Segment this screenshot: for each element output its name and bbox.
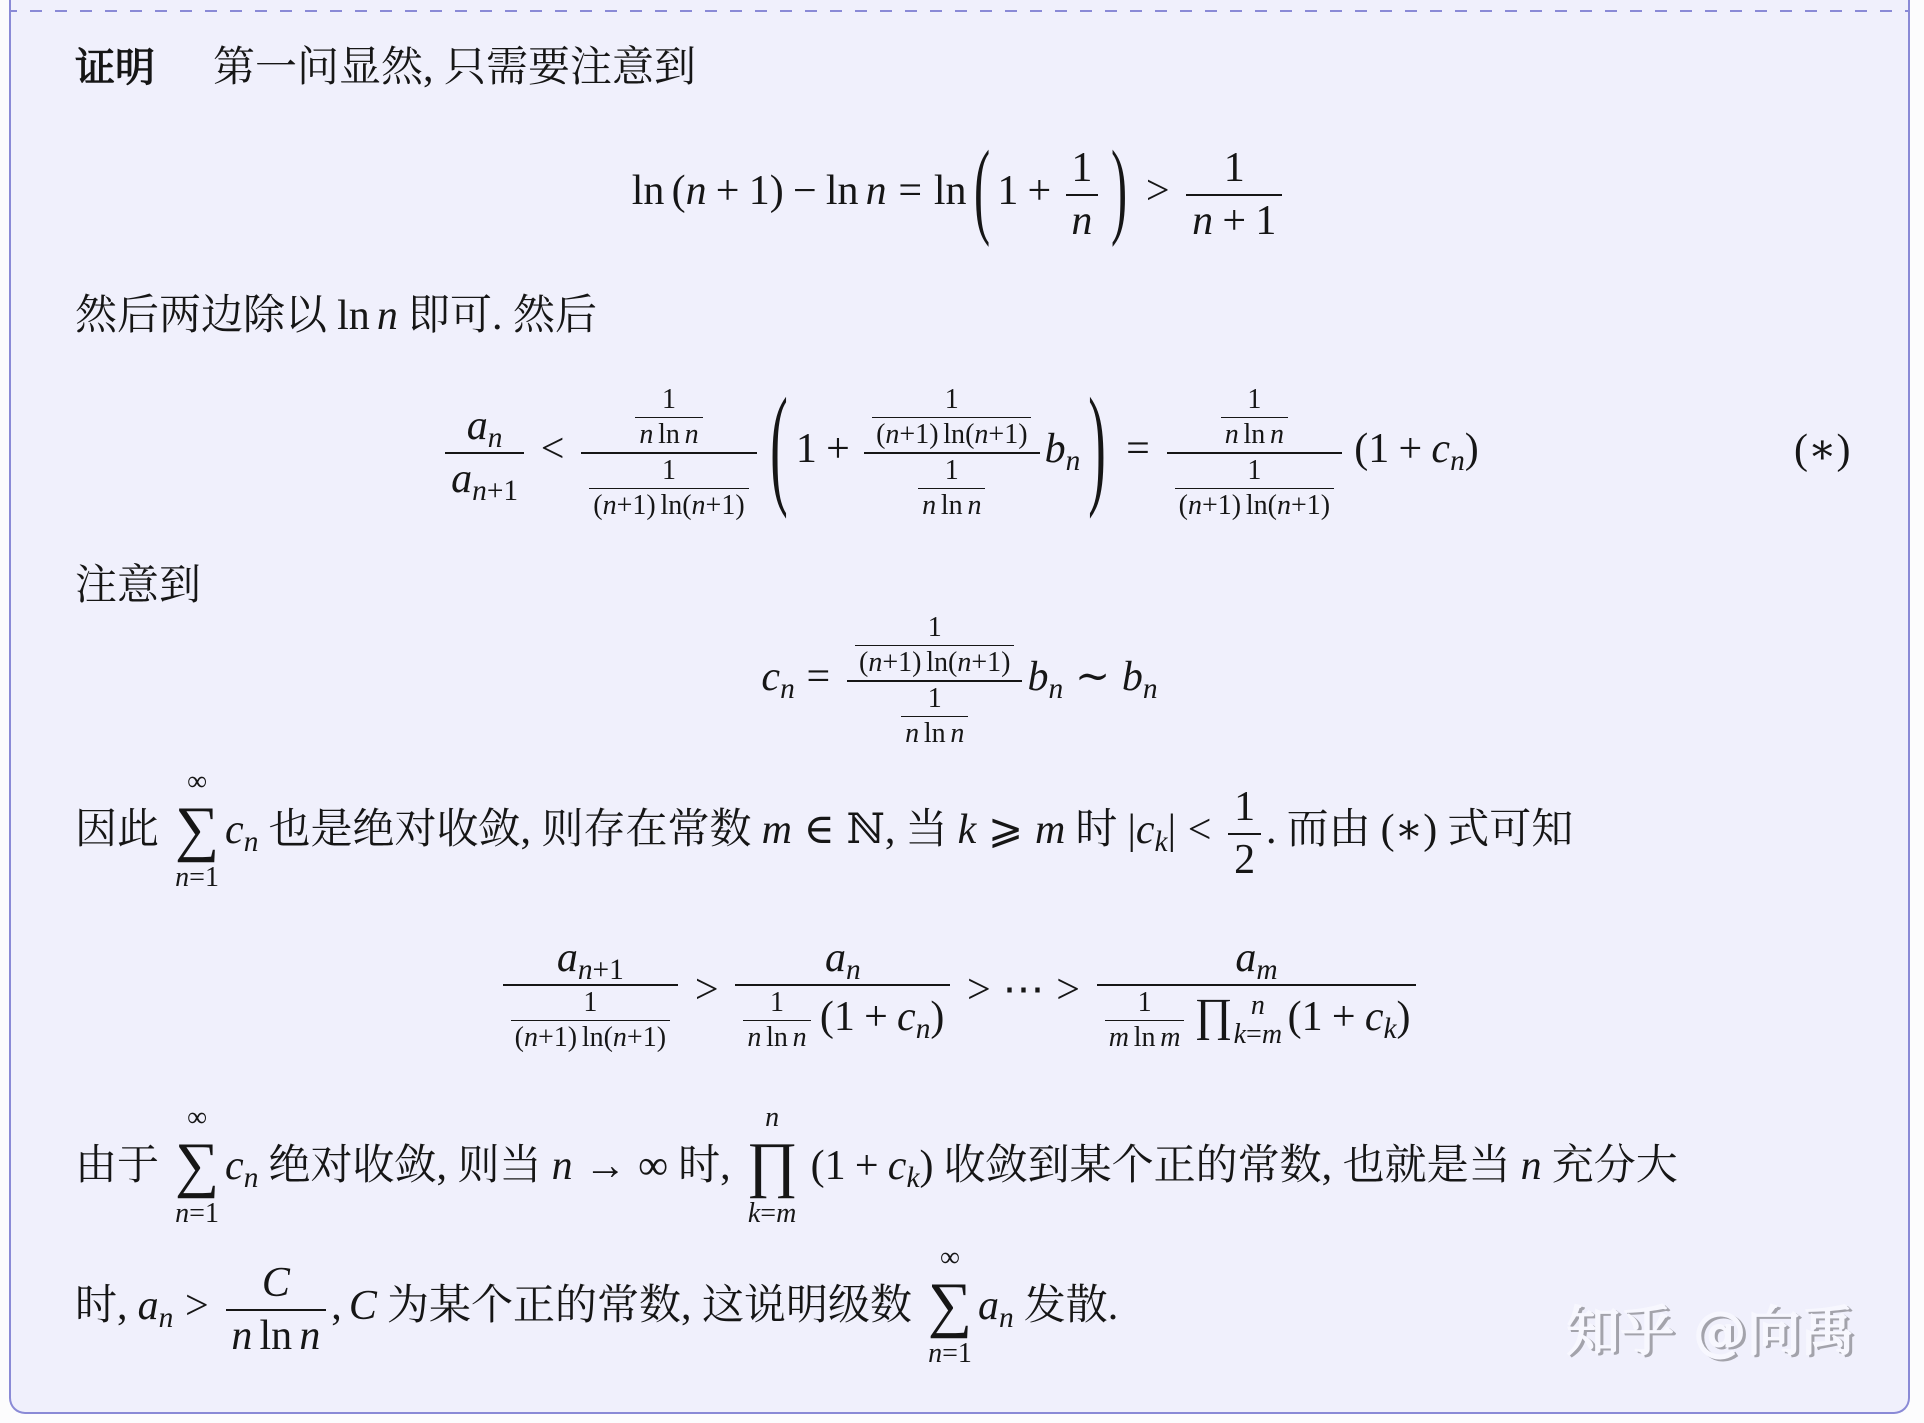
upper-limit: n xyxy=(1234,991,1282,1020)
compound-fraction: 1(n+1)ln(n+1)1nlnn xyxy=(864,384,1039,523)
var-n: n xyxy=(765,1102,779,1133)
proof-line-1-row: 证明 第一问显然, 只需要注意到 xyxy=(75,42,696,95)
compound-fraction: 1nlnn1(n+1)ln(n+1) xyxy=(1167,384,1342,523)
digit-one: 1 xyxy=(898,647,912,678)
summation-sign: ∑ xyxy=(928,1273,972,1338)
arrow-right-icon: → xyxy=(584,1140,626,1193)
plus-sign: + xyxy=(826,423,850,476)
var-n: n xyxy=(159,1302,174,1334)
var-c: c xyxy=(1431,426,1450,472)
abs-c-sub-k: |ck| xyxy=(1127,804,1176,857)
digit-one: 1 xyxy=(928,683,942,714)
equals-sign: = xyxy=(1246,1019,1262,1050)
numerator: 1 xyxy=(1221,384,1288,417)
var-n: n xyxy=(846,954,861,986)
numerator: an+1 xyxy=(503,934,678,984)
infinity-symbol: ∞ xyxy=(187,1102,207,1133)
var-n: n xyxy=(1048,673,1063,705)
c-sub-n: cn xyxy=(225,804,258,857)
one-plus-cn: (1+cn) xyxy=(820,994,945,1040)
sum-operator: ∞∑n=1 xyxy=(175,767,219,894)
denominator: 1mlnm∏nk=m(1+ck) xyxy=(1097,984,1417,1054)
subscript: k xyxy=(906,1162,919,1194)
left-paren: ( xyxy=(948,647,957,678)
one-plus-cn: (1+cn) xyxy=(1354,423,1479,476)
subscript: n xyxy=(244,826,259,858)
var-n: n xyxy=(905,718,919,749)
numerator: 1 xyxy=(1186,144,1282,194)
var-n: n xyxy=(603,490,617,521)
lower-limit: k=m xyxy=(1234,1020,1282,1049)
b-sub-n: bn xyxy=(1027,651,1063,704)
denominator: nlnn xyxy=(226,1309,327,1361)
c-sub-n: cn xyxy=(761,651,794,704)
a-sub-n: an xyxy=(467,403,503,449)
right-paren: ) xyxy=(930,994,944,1040)
fraction-1-over-n-ln-n: 1nlnn xyxy=(1221,384,1288,451)
digit-one: 1 xyxy=(825,1143,846,1189)
digit-one: 1 xyxy=(1224,145,1245,191)
similar-sign: ∼ xyxy=(1075,651,1110,704)
text-segment: 第一问显然, 只需要注意到 xyxy=(213,42,696,95)
lower-limit: n=1 xyxy=(175,1199,219,1230)
denominator: n xyxy=(1066,194,1099,246)
compound-fraction: 1(n+1)ln(n+1)1nlnn xyxy=(847,612,1022,751)
numerator: an xyxy=(735,934,950,984)
text-segment: 收敛到某个正的常数, 也就是当 xyxy=(944,1140,1511,1193)
var-n: n xyxy=(1450,445,1465,477)
left-paren: ( xyxy=(811,1143,825,1189)
numerator: 1nlnn xyxy=(1167,384,1342,452)
digit-one: 1 xyxy=(1138,987,1152,1018)
var-k: k xyxy=(906,1162,919,1194)
var-b: b xyxy=(1045,426,1066,472)
plus-sign: + xyxy=(593,954,610,986)
var-k: k xyxy=(748,1198,760,1229)
plus-sign: + xyxy=(1291,490,1307,521)
digit-one: 1 xyxy=(554,1022,568,1053)
var-m: m xyxy=(1262,1019,1282,1050)
proof-line-6-row: 时, an > Cnlnn , C 为某个正的常数, 这说明级数 ∞∑n=1 a… xyxy=(75,1243,1118,1370)
proof-line-4-row: 因此 ∞∑n=1 cn 也是绝对收敛, 则存在常数 m ∈ ℕ , 当 k ⩾ … xyxy=(75,767,1573,894)
formula-4: an+11(n+1)ln(n+1) > an1nlnn(1+cn) > ⋯ > … xyxy=(11,910,1908,1070)
a-sub-n: an xyxy=(978,1280,1014,1333)
subscript: n xyxy=(1066,445,1081,477)
left-paren: ( xyxy=(1288,994,1302,1040)
denominator: 1nlnn(1+cn) xyxy=(735,984,950,1054)
denominator: 1nlnn xyxy=(847,680,1022,750)
digit-one: 1 xyxy=(1307,490,1321,521)
a-sub-n-plus-1: an+1 xyxy=(451,456,518,502)
fraction-1-over-n-ln-n: 1nlnn xyxy=(918,455,985,522)
comma: , xyxy=(885,804,896,857)
right-paren: ) xyxy=(1232,490,1241,521)
subscript: n xyxy=(846,954,861,986)
var-n: n xyxy=(868,647,882,678)
digit-two: 2 xyxy=(1234,837,1255,883)
fraction-1-over-n1-ln-n1: 1(n+1)ln(n+1) xyxy=(1175,455,1334,522)
upper-limit: ∞ xyxy=(187,767,207,798)
var-m: m xyxy=(762,804,792,857)
text-segment: 式可知 xyxy=(1447,804,1573,857)
text-segment: 当 xyxy=(905,804,947,857)
left-paren: ( xyxy=(593,490,602,521)
denominator: an+1 xyxy=(445,452,524,504)
var-C: C xyxy=(349,1280,377,1333)
numerator: 1 xyxy=(1066,144,1099,194)
abs-bar: | xyxy=(1168,807,1176,853)
one-plus-ck: (1+ck) xyxy=(811,1140,934,1193)
fraction-am-over-product: am1mlnm∏nk=m(1+ck) xyxy=(1097,934,1417,1054)
var-k: k xyxy=(1155,826,1168,858)
var-n: n xyxy=(780,673,795,705)
proof-line-6: 时, an > Cnlnn , C 为某个正的常数, 这说明级数 ∞∑n=1 a… xyxy=(75,1226,1118,1386)
subscript: n xyxy=(488,423,503,455)
var-b: b xyxy=(1122,654,1143,700)
numerator: 1 xyxy=(872,384,1031,417)
b-sub-n: bn xyxy=(1045,423,1081,476)
numerator: 1 xyxy=(743,987,810,1020)
formula-1: ln ( n + 1 ) − ln n = ln ( 1 + 1n ) > 1n… xyxy=(11,111,1908,271)
subscript: m xyxy=(1256,954,1277,986)
plus-sign: + xyxy=(855,1143,879,1189)
sum-operator: ∞∑n=1 xyxy=(175,1103,219,1230)
ln-operator: ln xyxy=(941,490,963,521)
subscript: n xyxy=(999,1302,1014,1334)
a-sub-n-plus-1: an+1 xyxy=(557,935,624,981)
var-n: n xyxy=(1277,490,1291,521)
right-paren: ) xyxy=(646,490,655,521)
var-n: n xyxy=(916,1013,931,1045)
right-paren: ) xyxy=(1018,419,1027,450)
var-c: c xyxy=(888,1143,907,1189)
page: 证明 第一问显然, 只需要注意到 ln ( n + 1 ) − ln n = l… xyxy=(0,0,1924,1423)
digit-one: 1 xyxy=(643,1022,657,1053)
var-n: n xyxy=(922,490,936,521)
text-segment: 绝对收敛, 则当 xyxy=(268,1140,541,1193)
plus-sign: + xyxy=(706,490,722,521)
c-sub-k: ck xyxy=(888,1143,920,1189)
proof-line-5: 由于 ∞∑n=1 cn 绝对收敛, 则当 n → ∞ 时, n∏k=m (1+c… xyxy=(75,1086,1678,1246)
var-n: n xyxy=(967,490,981,521)
plus-sign: + xyxy=(1332,994,1356,1040)
denominator: nlnn xyxy=(743,1020,810,1054)
ln-operator: ln xyxy=(934,165,967,218)
equals-sign: = xyxy=(898,165,922,218)
digit-one: 1 xyxy=(1071,145,1092,191)
proof-line-2-row: 然后两边除以 ln n 即可. 然后 xyxy=(75,290,597,343)
digit-one: 1 xyxy=(1302,994,1323,1040)
left-paren: ( xyxy=(1179,490,1188,521)
var-n: n xyxy=(1225,419,1239,450)
left-paren: ( xyxy=(1354,426,1368,472)
digit-one: 1 xyxy=(945,384,959,415)
var-n: n xyxy=(885,419,899,450)
var-n: n xyxy=(1521,1140,1542,1193)
var-n: n xyxy=(299,1313,320,1359)
a-sub-n: an xyxy=(138,1280,174,1333)
var-n: n xyxy=(231,1313,252,1359)
fraction-1-over-n1-ln-n1: 1(n+1)ln(n+1) xyxy=(511,987,670,1054)
digit-one: 1 xyxy=(770,987,784,1018)
right-paren: ) xyxy=(1321,490,1330,521)
ln-operator: ln xyxy=(924,718,946,749)
ln-operator: ln xyxy=(1134,1022,1156,1053)
var-n: n xyxy=(692,490,706,521)
var-n: n xyxy=(999,1302,1014,1334)
var-m: m xyxy=(776,1198,796,1229)
ln-operator: ln xyxy=(766,1022,788,1053)
text-segment: 而由 xyxy=(1287,804,1371,857)
ln-operator: ln xyxy=(337,290,370,343)
left-paren: ( xyxy=(820,994,834,1040)
ln-operator: ln xyxy=(658,419,680,450)
var-n: n xyxy=(472,475,487,507)
product-sign: ∏ xyxy=(747,1133,798,1198)
digit-one: 1 xyxy=(205,1198,219,1229)
plus-sign: + xyxy=(716,165,740,218)
comma: , xyxy=(331,1280,342,1333)
var-m: m xyxy=(1160,1022,1180,1053)
var-k: k xyxy=(1234,1019,1246,1050)
fraction-one-half: 12 xyxy=(1228,783,1261,884)
denominator: (n+1)ln(n+1) xyxy=(1175,488,1334,522)
infinity-symbol: ∞ xyxy=(187,766,207,797)
greater-than-sign: > xyxy=(1056,964,1080,1017)
text-segment: 为某个正的常数, 这说明级数 xyxy=(387,1280,912,1333)
digit-one: 1 xyxy=(1255,198,1276,244)
fraction-1-over-n-ln-n: 1nlnn xyxy=(901,683,968,750)
var-n: n xyxy=(524,1022,538,1053)
c-sub-n: cn xyxy=(1431,426,1464,472)
left-paren: ( xyxy=(604,1022,613,1053)
left-paren: ( xyxy=(682,490,691,521)
var-n: n xyxy=(244,826,259,858)
numerator: 1 xyxy=(1175,455,1334,488)
ln-operator: ln xyxy=(1243,419,1265,450)
var-n: n xyxy=(578,954,593,986)
numerator: 1 xyxy=(635,384,702,417)
right-paren: ) xyxy=(912,647,921,678)
denominator: 2 xyxy=(1228,833,1261,885)
greater-than-sign: > xyxy=(967,964,991,1017)
formula-2-row: anan+1 < 1nlnn1(n+1)ln(n+1) ( 1 + 1(n+1)… xyxy=(440,376,1479,523)
digit-one: 1 xyxy=(1218,490,1232,521)
formula-2: anan+1 < 1nlnn1(n+1)ln(n+1) ( 1 + 1(n+1)… xyxy=(11,359,1908,539)
var-n: n xyxy=(1192,198,1213,244)
var-a: a xyxy=(825,935,846,981)
plus-sign: + xyxy=(538,1022,554,1053)
var-n: n xyxy=(1270,419,1284,450)
fraction-1-over-n1-ln-n1: 1(n+1)ln(n+1) xyxy=(855,612,1014,679)
plus-sign: + xyxy=(1202,490,1218,521)
digit-one: 1 xyxy=(1004,419,1018,450)
plus-sign: + xyxy=(1028,165,1052,218)
ln-operator: ln xyxy=(632,165,665,218)
plus-sign: + xyxy=(627,1022,643,1053)
var-c: c xyxy=(1365,994,1384,1040)
fraction-1-over-n-ln-n: 1nlnn xyxy=(635,384,702,451)
digit-one: 1 xyxy=(1247,384,1261,415)
digit-one: 1 xyxy=(1368,426,1389,472)
text-segment: 时, xyxy=(75,1280,128,1333)
digit-one: 1 xyxy=(958,1338,972,1369)
fraction-1-over-n1-ln-n1: 1(n+1)ln(n+1) xyxy=(872,384,1031,451)
plus-sign: + xyxy=(899,419,915,450)
denominator: (n+1)ln(n+1) xyxy=(589,488,748,522)
right-paren: ) xyxy=(770,165,784,218)
digit-one: 1 xyxy=(1234,784,1255,830)
proof-label: 证明 xyxy=(75,43,155,93)
denominator: 1(n+1)ln(n+1) xyxy=(503,984,678,1054)
numerator: 1 xyxy=(901,683,968,716)
lower-limit: n=1 xyxy=(928,1339,972,1370)
var-n: n xyxy=(244,1162,259,1194)
abs-bar: | xyxy=(1127,807,1135,853)
ln-operator: ln xyxy=(260,1313,293,1359)
formula-3: cn = 1(n+1)ln(n+1)1nlnn bn ∼ bn xyxy=(11,597,1908,757)
ln-operator: ln xyxy=(826,165,859,218)
left-paren: ( xyxy=(859,647,868,678)
numerator: 1 xyxy=(511,987,670,1020)
text-segment: 时, xyxy=(678,1140,731,1193)
var-c: c xyxy=(897,994,916,1040)
var-a: a xyxy=(467,403,488,449)
less-than-sign: < xyxy=(1188,804,1212,857)
denominator: 1(n+1)ln(n+1) xyxy=(581,452,756,522)
denominator: nlnn xyxy=(901,716,968,750)
equation-tag-star: (∗) xyxy=(1794,419,1851,479)
big-right-paren: ) xyxy=(1111,124,1127,258)
plus-sign: + xyxy=(1222,198,1246,244)
fraction-1-over-n-plus-1: 1n+1 xyxy=(1186,144,1282,245)
numerator: 1(n+1)ln(n+1) xyxy=(847,612,1022,680)
text-segment: 即可. 然后 xyxy=(408,290,597,343)
big-left-paren: ( xyxy=(770,365,788,533)
var-n: n xyxy=(639,419,653,450)
one-plus-ck: (1+ck) xyxy=(1288,994,1411,1040)
var-m: m xyxy=(1109,1022,1129,1053)
digit-one: 1 xyxy=(662,384,676,415)
text-segment: 然后两边除以 xyxy=(75,290,327,343)
var-m: m xyxy=(1035,804,1065,857)
compound-fraction: 1nlnn1(n+1)ln(n+1) xyxy=(581,384,756,523)
var-c: c xyxy=(1136,807,1155,853)
c-sub-n: cn xyxy=(225,1140,258,1193)
a-sub-n: an xyxy=(825,935,861,981)
denominator: (n+1)ln(n+1) xyxy=(872,417,1031,451)
summation-sign: ∑ xyxy=(175,1133,219,1198)
subscript: k xyxy=(1155,826,1168,858)
equals-sign: = xyxy=(189,1198,205,1229)
var-n: n xyxy=(1071,198,1092,244)
var-a: a xyxy=(557,935,578,981)
var-n: n xyxy=(957,647,971,678)
subscript: n xyxy=(1048,673,1063,705)
ln-operator: ln xyxy=(926,647,948,678)
right-paren: ) xyxy=(568,1022,577,1053)
formula-3-row: cn = 1(n+1)ln(n+1)1nlnn bn ∼ bn xyxy=(761,604,1157,751)
var-n: n xyxy=(793,1022,807,1053)
geq-sign: ⩾ xyxy=(988,804,1023,857)
var-n: n xyxy=(1188,490,1202,521)
right-paren: ) xyxy=(735,490,744,521)
var-n: n xyxy=(1251,990,1265,1021)
big-left-paren: ( xyxy=(974,124,990,258)
naturals-symbol: ℕ xyxy=(847,804,885,857)
digit-one: 1 xyxy=(1247,455,1261,486)
proof-line-5-row: 由于 ∞∑n=1 cn 绝对收敛, 则当 n → ∞ 时, n∏k=m (1+c… xyxy=(75,1103,1678,1230)
denominator: 1(n+1)ln(n+1) xyxy=(1167,452,1342,522)
fraction-C-over-n-ln-n: Cnlnn xyxy=(226,1259,327,1360)
var-n: n xyxy=(175,862,189,893)
right-paren: ) xyxy=(1397,994,1411,1040)
product-sign: ∏ xyxy=(1194,989,1232,1040)
digit-one: 1 xyxy=(662,455,676,486)
upper-limit: ∞ xyxy=(187,1103,207,1134)
digit-one: 1 xyxy=(609,954,624,986)
var-n: n xyxy=(974,419,988,450)
ellipsis: ⋯ xyxy=(1002,964,1044,1017)
equals-sign: = xyxy=(189,862,205,893)
upper-limit: n xyxy=(765,1103,779,1134)
left-paren: ( xyxy=(876,419,885,450)
ln-operator: ln xyxy=(582,1022,604,1053)
digit-one: 1 xyxy=(915,419,929,450)
right-paren: ) xyxy=(657,1022,666,1053)
right-paren: ) xyxy=(919,1143,933,1189)
product-operator: n∏k=m xyxy=(747,1103,798,1230)
var-n: n xyxy=(613,1022,627,1053)
sum-operator: ∞∑n=1 xyxy=(928,1243,972,1370)
subscript: n xyxy=(1143,673,1158,705)
denominator: (n+1)ln(n+1) xyxy=(511,1020,670,1054)
fraction-an-over-weight: an1nlnn(1+cn) xyxy=(735,934,950,1054)
c-sub-n: cn xyxy=(897,994,930,1040)
text-segment: 发散. xyxy=(1024,1280,1119,1333)
formula-1-row: ln ( n + 1 ) − ln n = ln ( 1 + 1n ) > 1n… xyxy=(632,136,1287,245)
var-a: a xyxy=(978,1283,999,1329)
ln-operator: ln xyxy=(1246,490,1268,521)
subscript: n+1 xyxy=(472,475,518,507)
text-segment: 充分大 xyxy=(1552,1140,1678,1193)
plus-sign: + xyxy=(1399,426,1423,472)
var-k: k xyxy=(1383,1013,1396,1045)
lower-limit: k=m xyxy=(748,1199,796,1230)
digit-one: 1 xyxy=(945,455,959,486)
minus-sign: − xyxy=(793,165,817,218)
subscript: n xyxy=(916,1013,931,1045)
fraction-1-over-m-ln-m: 1mlnm xyxy=(1105,987,1185,1054)
lower-limit: n=1 xyxy=(175,863,219,894)
var-n: n xyxy=(1066,445,1081,477)
left-paren: ( xyxy=(1268,490,1277,521)
plus-sign: + xyxy=(864,994,888,1040)
var-n: n xyxy=(1143,673,1158,705)
equation-reference-star: (∗) xyxy=(1381,804,1438,857)
right-paren: ) xyxy=(1465,426,1479,472)
subscript: n xyxy=(159,1302,174,1334)
proof-line-1: 证明 第一问显然, 只需要注意到 xyxy=(75,28,696,108)
numerator: 1 xyxy=(1228,783,1261,833)
subscript: n xyxy=(244,1162,259,1194)
proof-line-4: 因此 ∞∑n=1 cn 也是绝对收敛, 则存在常数 m ∈ ℕ , 当 k ⩾ … xyxy=(75,750,1573,910)
plus-sign: + xyxy=(882,647,898,678)
proof-line-2: 然后两边除以 ln n 即可. 然后 xyxy=(75,276,597,356)
big-right-paren: ) xyxy=(1089,365,1107,533)
var-c: c xyxy=(225,1143,244,1189)
digit-one: 1 xyxy=(928,612,942,643)
